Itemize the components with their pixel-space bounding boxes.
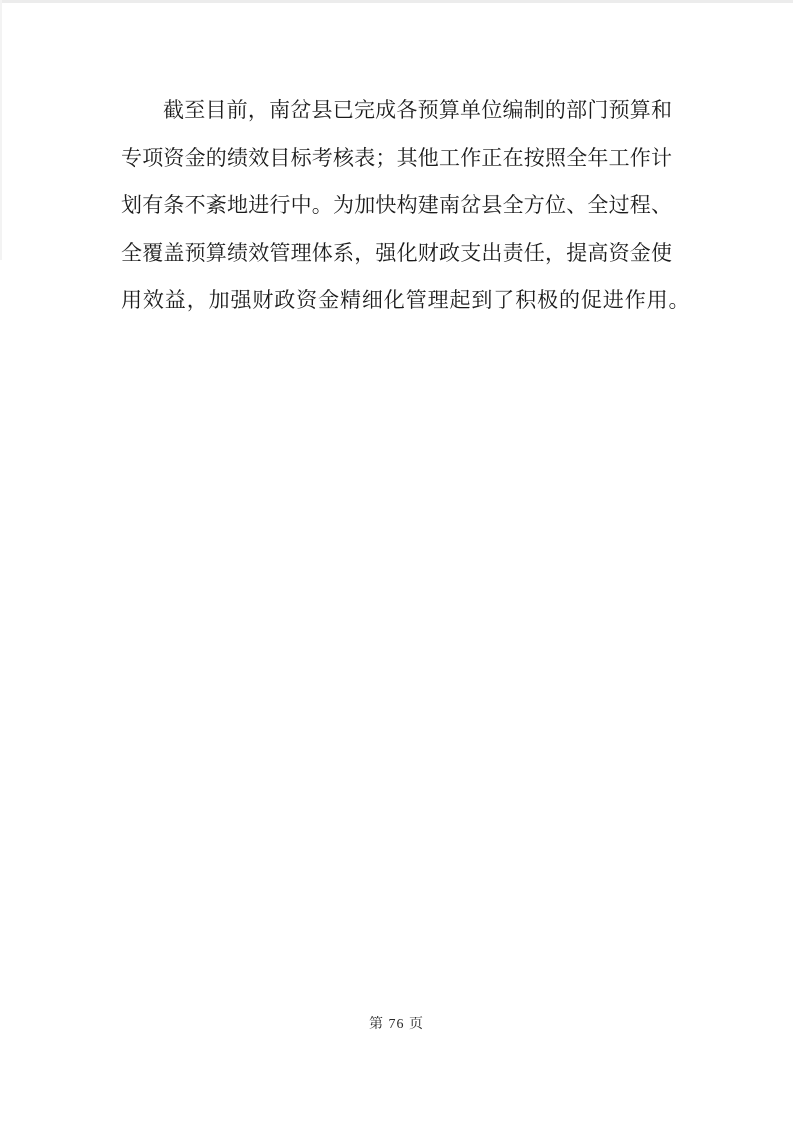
paragraph-line: 划有条不紊地进行中。为加快构建南岔县全方位、全过程、: [121, 182, 672, 230]
page-number-label: 第 76 页: [369, 1017, 424, 1032]
paragraph-line: 全覆盖预算绩效管理体系，强化财政支出责任，提高资金使: [121, 230, 672, 278]
page-left-edge-shadow: [0, 0, 2, 260]
body-paragraph: 截至目前，南岔县已完成各预算单位编制的部门预算和 专项资金的绩效目标考核表；其他…: [121, 87, 672, 325]
page-footer: 第 76 页: [0, 1013, 793, 1033]
page-top-edge-shadow: [0, 0, 793, 3]
paragraph-line: 截至目前，南岔县已完成各预算单位编制的部门预算和: [121, 87, 672, 135]
document-page: 截至目前，南岔县已完成各预算单位编制的部门预算和 专项资金的绩效目标考核表；其他…: [0, 0, 793, 1122]
paragraph-line: 专项资金的绩效目标考核表；其他工作正在按照全年工作计: [121, 135, 672, 183]
paragraph-line: 用效益，加强财政资金精细化管理起到了积极的促进作用。: [121, 277, 672, 325]
